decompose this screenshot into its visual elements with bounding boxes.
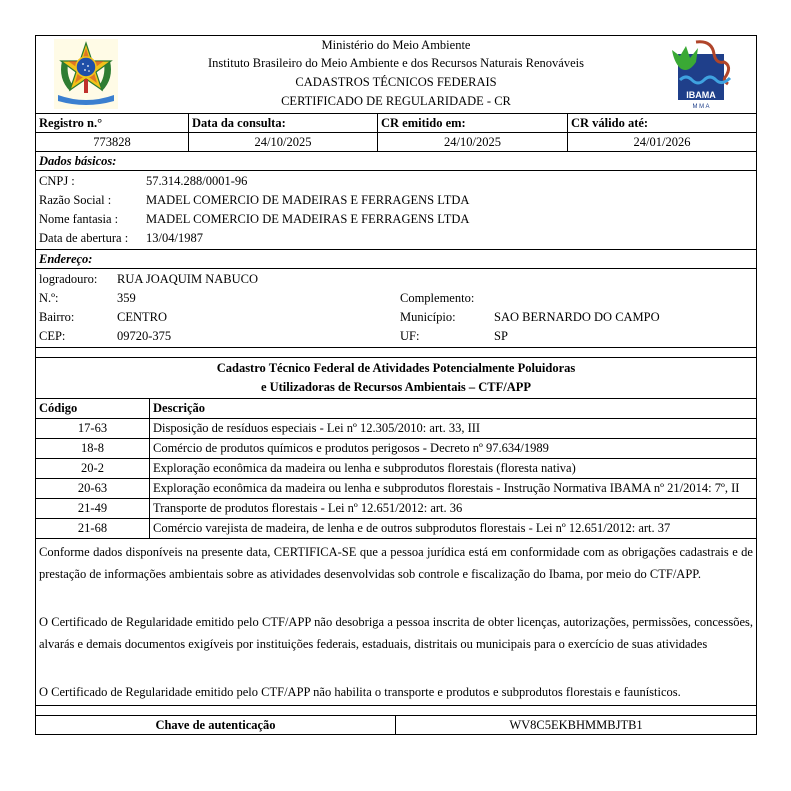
bairro-label: Bairro: [39,308,74,327]
ctf-title-section: Cadastro Técnico Federal de Atividades P… [36,358,756,399]
data-abertura-label: Data de abertura : [39,229,128,248]
registro-value: 773828 [36,133,189,151]
certificate-title: CERTIFICADO DE REGULARIDADE - CR [36,92,756,111]
uf-value: SP [494,327,508,346]
activity-desc: Disposição de resíduos especiais - Lei n… [150,419,756,438]
dados-basicos-section: CNPJ : 57.314.288/0001-96 Razão Social :… [36,171,756,250]
activity-code: 18-8 [36,439,150,458]
nome-fantasia-label: Nome fantasia : [39,210,118,229]
dados-basicos-heading: Dados básicos: [36,152,756,171]
activity-row: 17-63 Disposição de resíduos especiais -… [36,419,756,439]
ctf-title-line2: e Utilizadoras de Recursos Ambientais – … [36,378,756,397]
bairro-value: CENTRO [117,308,167,327]
logradouro-field: logradouro: RUA JOAQUIM NABUCO [36,270,756,289]
logradouro-label: logradouro: [39,270,97,289]
disclaimer-licenses: O Certificado de Regularidade emitido pe… [36,609,756,657]
cep-value: 09720-375 [117,327,171,346]
numero-label: N.º: [39,289,59,308]
svg-text:IBAMA: IBAMA [686,90,716,100]
activities-header-row: Código Descrição [36,399,756,419]
activity-row: 18-8 Comércio de produtos químicos e pro… [36,439,756,459]
activity-desc: Exploração econômica da madeira ou lenha… [150,459,756,478]
activity-desc: Exploração econômica da madeira ou lenha… [150,479,756,498]
spacer-row [36,706,756,716]
ministry-name: Ministério do Meio Ambiente [36,37,756,54]
ctf-title-line1: Cadastro Técnico Federal de Atividades P… [36,359,756,378]
razao-social-label: Razão Social : [39,191,111,210]
ibama-logo-icon: IBAMA M M A [666,40,736,110]
numero-value: 359 [117,289,136,308]
cr-emitido-label: CR emitido em: [378,114,568,132]
certificate-header: Ministério do Meio Ambiente Instituto Br… [36,36,756,114]
disclaimer-transport: O Certificado de Regularidade emitido pe… [36,679,756,705]
registro-label: Registro n.° [36,114,189,132]
nome-fantasia-value: MADEL COMERCIO DE MADEIRAS E FERRAGENS L… [146,210,469,229]
conformity-statement: Conforme dados disponíveis na presente d… [36,539,756,587]
statements-section: Conforme dados disponíveis na presente d… [36,539,756,706]
authentication-key-label: Chave de autenticação [36,716,396,734]
summary-values-row: 773828 24/10/2025 24/10/2025 24/01/2026 [36,133,756,152]
cnpj-label: CNPJ : [39,172,75,191]
data-consulta-label: Data da consulta: [189,114,378,132]
endereco-section: logradouro: RUA JOAQUIM NABUCO N.º: 359 … [36,269,756,348]
activity-desc: Comércio varejista de madeira, de lenha … [150,519,756,538]
activity-code: 17-63 [36,419,150,438]
uf-label: UF: [400,327,419,346]
activity-row: 20-2 Exploração econômica da madeira ou … [36,459,756,479]
complemento-label: Complemento: [400,289,474,308]
razao-social-field: Razão Social : MADEL COMERCIO DE MADEIRA… [36,191,756,210]
activity-code: 21-68 [36,519,150,538]
cr-emitido-value: 24/10/2025 [378,133,568,151]
cr-valido-value: 24/01/2026 [568,133,756,151]
authentication-key-row: Chave de autenticação WV8C5EKBHMMBJTB1 [36,716,756,735]
institute-name: Instituto Brasileiro do Meio Ambiente e … [36,54,756,73]
spacer-row [36,348,756,358]
razao-social-value: MADEL COMERCIO DE MADEIRAS E FERRAGENS L… [146,191,469,210]
activity-row: 21-68 Comércio varejista de madeira, de … [36,519,756,539]
svg-text:M M A: M M A [692,104,709,110]
certificate-document: Ministério do Meio Ambiente Instituto Br… [35,35,757,735]
activity-desc: Comércio de produtos químicos e produtos… [150,439,756,458]
cep-field: CEP: 09720-375 UF: SP [36,327,756,346]
col-desc-header: Descrição [150,399,756,418]
header-text: Ministério do Meio Ambiente Instituto Br… [36,37,756,111]
registry-name: CADASTROS TÉCNICOS FEDERAIS [36,73,756,92]
nome-fantasia-field: Nome fantasia : MADEL COMERCIO DE MADEIR… [36,210,756,229]
cep-label: CEP: [39,327,65,346]
cr-valido-label: CR válido até: [568,114,756,132]
cnpj-value: 57.314.288/0001-96 [146,172,247,191]
endereco-heading: Endereço: [36,250,756,269]
cnpj-field: CNPJ : 57.314.288/0001-96 [36,172,756,191]
municipio-label: Município: [400,308,456,327]
data-abertura-value: 13/04/1987 [146,229,203,248]
numero-field: N.º: 359 Complemento: [36,289,756,308]
authentication-key-value: WV8C5EKBHMMBJTB1 [396,716,756,734]
summary-labels-row: Registro n.° Data da consulta: CR emitid… [36,114,756,133]
activity-code: 21-49 [36,499,150,518]
data-abertura-field: Data de abertura : 13/04/1987 [36,229,756,248]
data-consulta-value: 24/10/2025 [189,133,378,151]
activity-code: 20-63 [36,479,150,498]
activity-desc: Transporte de produtos florestais - Lei … [150,499,756,518]
bairro-field: Bairro: CENTRO Município: SAO BERNARDO D… [36,308,756,327]
logradouro-value: RUA JOAQUIM NABUCO [117,270,258,289]
col-code-header: Código [36,399,150,418]
activity-code: 20-2 [36,459,150,478]
municipio-value: SAO BERNARDO DO CAMPO [494,308,660,327]
activity-row: 21-49 Transporte de produtos florestais … [36,499,756,519]
activity-row: 20-63 Exploração econômica da madeira ou… [36,479,756,499]
